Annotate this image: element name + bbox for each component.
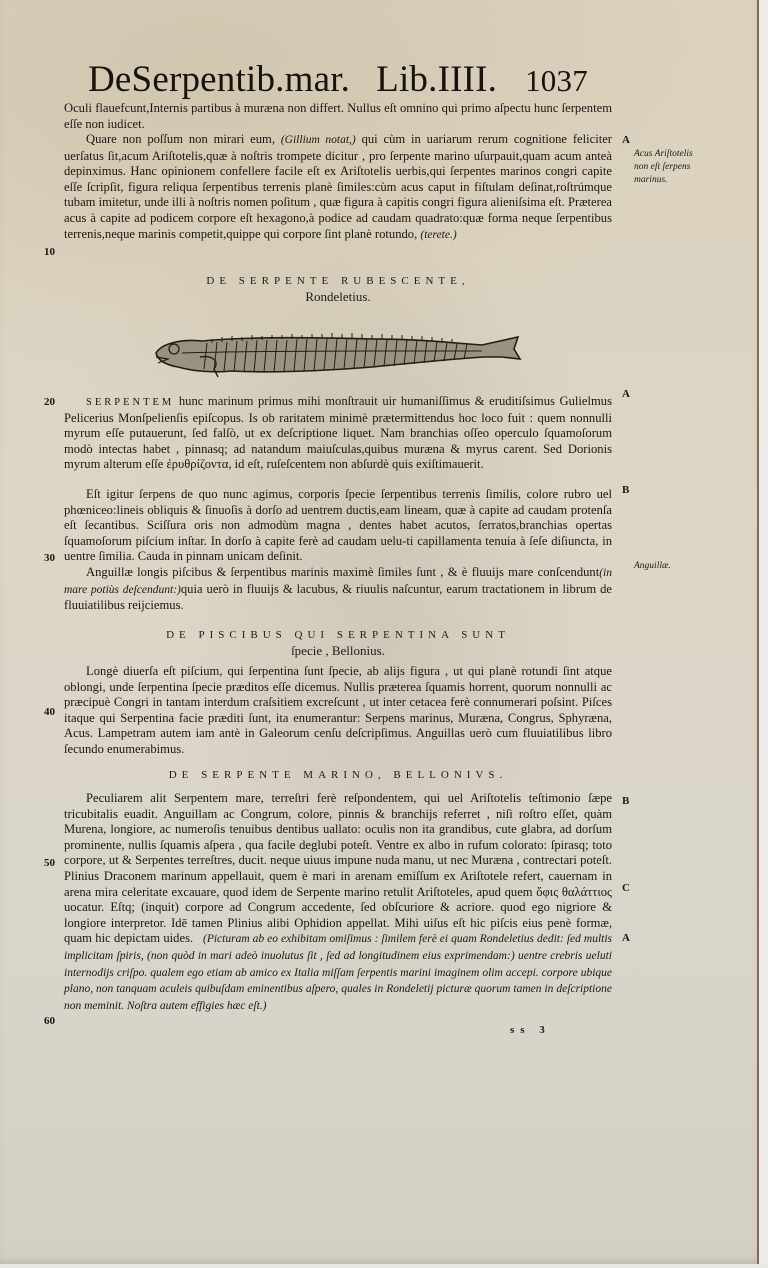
paragraph-est-igitur-text: Eſt igitur ſerpens de quo nunc agimus, c… xyxy=(64,487,612,565)
section-heading-rubescente: De Serpente Rubescente, xyxy=(64,274,612,289)
running-header: DeSerpentib.mar. Lib.IIII. 1037 xyxy=(88,58,618,100)
line-number-10: 10 xyxy=(44,246,55,258)
paragraph-serpentem-text: SERPENTEM hunc marinum primus mihi monſt… xyxy=(64,394,612,473)
text-segment: Anguillæ longis piſcibus & ſerpentibus m… xyxy=(86,565,599,579)
intro-text: Oculi flauefcunt,Internis partibus à mur… xyxy=(64,101,612,132)
paragraph-est-igitur: Eſt igitur ſerpens de quo nunc agimus, c… xyxy=(64,487,612,565)
header-book-number: Lib.IIII. xyxy=(376,58,497,101)
margin-note-anguillae: Anguillæ. xyxy=(634,560,704,573)
paragraph-anguillae: Anguillæ longis piſcibus & ſerpentibus m… xyxy=(64,565,612,614)
header-title: DeSerpentib.mar. xyxy=(88,58,350,101)
text-segment: Quare non poſſum non mirari eum, xyxy=(86,132,281,146)
section-heading-marino: De Serpente Marino, Bellonivs. xyxy=(64,768,612,783)
section-author-rondeletius: Rondeletius. xyxy=(64,289,612,304)
intro-paragraph: Oculi flauefcunt,Internis partibus à mur… xyxy=(64,101,612,132)
fish-woodcut-icon xyxy=(152,327,522,385)
inline-note: (Gillium notat,) xyxy=(281,134,356,146)
margin-letter-a: A xyxy=(622,388,630,400)
paragraph-serpentem: SERPENTEM hunc marinum primus mihi monſt… xyxy=(64,394,612,473)
section-author-bellonius: ſpecie , Bellonius. xyxy=(64,643,612,658)
margin-letter-b: B xyxy=(622,484,629,496)
margin-letter-c: C xyxy=(622,882,630,894)
line-number-50: 50 xyxy=(44,857,55,869)
line-number-40: 40 xyxy=(44,706,55,718)
line-number-20: 20 xyxy=(44,396,55,408)
paragraph-peculiarem-text: Peculiarem alit Serpentem mare, terreſtr… xyxy=(64,791,612,1014)
paragraph-peculiarem: Peculiarem alit Serpentem mare, terreſtr… xyxy=(64,791,612,1014)
book-page: DeSerpentib.mar. Lib.IIII. 1037 Oculi fl… xyxy=(0,0,759,1264)
paragraph-longe: Longè diuerſa eſt piſcium, qui ſerpentin… xyxy=(64,664,612,758)
text-segment: qui cùm in uariarum rerum cognitione fel… xyxy=(64,132,612,241)
inline-note: (terete.) xyxy=(420,229,456,241)
margin-letter-b: B xyxy=(622,795,629,807)
margin-note-acus: Acus Ariſtotelis non eſt ſerpens marinus… xyxy=(634,148,704,187)
margin-letter-a: A xyxy=(622,932,630,944)
paragraph-anguillae-text: Anguillæ longis piſcibus & ſerpentibus m… xyxy=(64,565,612,614)
margin-letter-a: A xyxy=(622,134,630,146)
paragraph-longe-text: Longè diuerſa eſt piſcium, qui ſerpentin… xyxy=(64,664,612,758)
line-number-30: 30 xyxy=(44,552,55,564)
paragraph-gillius-text: Quare non poſſum non mirari eum, (Gilliu… xyxy=(64,132,612,243)
background-surface-bottom xyxy=(0,1264,768,1268)
paragraph-gillius: Quare non poſſum non mirari eum, (Gilliu… xyxy=(64,132,612,243)
text-segment: Peculiarem alit Serpentem mare, terreſtr… xyxy=(64,791,612,945)
section-heading-piscibus: De Piscibus qui Serpentina sunt xyxy=(64,628,612,643)
line-number-60: 60 xyxy=(44,1015,55,1027)
signature-mark: ss 3 xyxy=(510,1024,551,1036)
lead-word: SERPENTEM xyxy=(86,397,174,408)
page-number: 1037 xyxy=(525,63,588,99)
